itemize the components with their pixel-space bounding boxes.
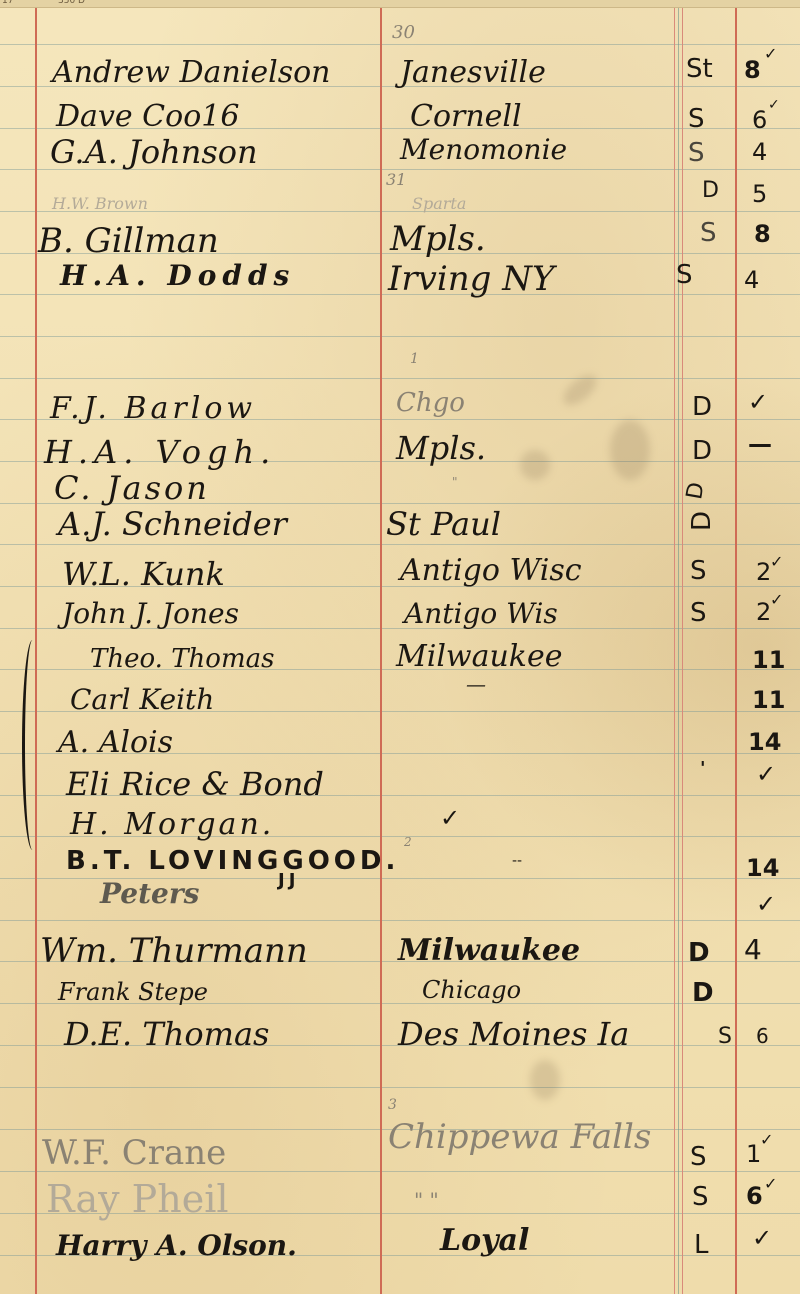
check-mark: ✓: [752, 1226, 772, 1250]
guest-name: Frank Stepe: [58, 980, 208, 1004]
guest-name: John J. Jones: [62, 600, 239, 628]
page-top-edge: 17 350 D: [0, 0, 800, 8]
check-mark: ✓: [748, 390, 768, 414]
code-column-left-line: [674, 8, 675, 1294]
guest-name: Harry A. Olson.: [56, 1232, 297, 1260]
guest-name: H. Morgan.: [70, 810, 274, 840]
room-code: S: [692, 1184, 709, 1210]
room-code: St: [686, 56, 713, 82]
guest-name: W.F. Crane: [42, 1136, 226, 1170]
guest-residence: St Paul: [386, 508, 501, 540]
code-column-green-line: [678, 8, 679, 1294]
guest-residence: ": [452, 476, 458, 488]
guest-name: Dave Coo16: [56, 102, 239, 132]
ruled-line: [0, 544, 800, 545]
count-value: 11: [752, 648, 785, 672]
count-value: 14: [748, 730, 781, 754]
guest-name: Andrew Danielson: [52, 58, 330, 88]
guest-name: B.T. LOVINGGOOD.: [66, 848, 399, 874]
ledger-page: 17 350 D 30 31 1 3 2 Andrew Danielson J: [0, 0, 800, 1294]
count-value: 8: [754, 222, 771, 246]
count-value: 2: [756, 600, 771, 624]
guest-residence: Antigo Wis: [404, 600, 558, 628]
guest-name: H.A. Vogh.: [44, 436, 276, 468]
ruled-line: [0, 336, 800, 337]
guest-residence: Menomonie: [400, 136, 567, 164]
count-value: 11: [752, 688, 785, 712]
room-code: D: [702, 180, 719, 202]
room-code: S: [676, 262, 693, 288]
check-mark: ✓: [760, 1132, 773, 1148]
date-note: 1: [410, 352, 419, 366]
group-brace: [22, 640, 43, 850]
room-code: S: [690, 558, 707, 584]
guest-name: A. Alois: [58, 728, 173, 758]
count-value: 5: [752, 182, 767, 206]
check-mark: ✓: [440, 806, 460, 830]
count-value: 14: [746, 856, 779, 880]
guest-residence: Sparta: [412, 196, 466, 212]
guest-name: G.A. Johnson: [50, 136, 258, 168]
guest-residence: Loyal: [440, 1226, 529, 1256]
check-mark: —: [748, 432, 772, 456]
ink-smudge: [558, 369, 601, 410]
date-note: 2: [404, 836, 412, 848]
count-column-divider: [735, 8, 737, 1294]
corner-code: 350 D: [58, 0, 85, 6]
guest-name: C. Jason: [54, 472, 210, 504]
room-code: D: [692, 980, 714, 1006]
guest-name: Peters: [100, 880, 199, 908]
check-mark: ✓: [756, 762, 776, 786]
guest-residence: Mpls.: [396, 432, 486, 464]
date-note: 3: [388, 1098, 397, 1112]
annotation: JJ: [278, 872, 299, 890]
check-mark: ✓: [770, 554, 783, 570]
room-code: D: [689, 511, 715, 531]
count-value: 6: [752, 108, 767, 132]
count-value: 2: [756, 560, 771, 584]
guest-name: A.J. Schneider: [58, 508, 287, 540]
guest-name: Ray Pheil: [46, 1180, 229, 1218]
guest-residence: Chippewa Falls: [388, 1120, 651, 1154]
corner-number: 17: [2, 0, 13, 6]
guest-residence: Mpls.: [390, 222, 486, 256]
guest-name: Wm. Thurmann: [40, 934, 308, 968]
ink-smudge: [530, 1060, 560, 1100]
tick-mark: ': [700, 760, 706, 778]
date-note: 30: [392, 24, 415, 42]
guest-residence: Janesville: [400, 58, 546, 88]
room-code: S: [690, 600, 707, 626]
room-code: D: [684, 481, 709, 502]
room-code: S: [700, 220, 717, 246]
check-mark: ✓: [764, 1176, 777, 1192]
guest-name: D.E. Thomas: [64, 1018, 269, 1050]
room-code: D: [692, 438, 712, 464]
guest-residence: Chgo: [396, 390, 465, 416]
ruled-line: [0, 1087, 800, 1088]
guest-name: W.L. Kunk: [62, 558, 225, 590]
guest-name: H.A. Dodds: [60, 262, 295, 290]
name-column-divider: [380, 8, 382, 1294]
guest-name: H.W. Brown: [52, 196, 148, 212]
date-note: 31: [386, 172, 406, 188]
count-value: 4: [744, 936, 762, 964]
count-value: 6: [746, 1184, 763, 1208]
count-value: 4: [744, 268, 759, 292]
check-mark: ✓: [770, 592, 783, 608]
guest-name: Theo. Thomas: [90, 646, 274, 672]
guest-name: F.J. Barlow: [50, 394, 256, 424]
ruled-line: [0, 920, 800, 921]
ruled-line: [0, 378, 800, 379]
guest-name: B. Gillman: [38, 224, 219, 258]
ditto-dash: --: [512, 854, 522, 868]
count-value: 8: [744, 58, 761, 82]
guest-residence: Milwaukee: [396, 642, 562, 672]
guest-residence: Antigo Wisc: [400, 556, 582, 586]
count-value: 6: [756, 1026, 769, 1046]
guest-residence: —: [466, 674, 486, 694]
room-code: S: [688, 140, 705, 166]
guest-residence: Milwaukee: [398, 936, 580, 966]
count-value: 4: [752, 140, 767, 164]
room-code: S: [718, 1026, 732, 1048]
guest-residence: Cornell: [410, 102, 522, 132]
room-code: D: [692, 394, 712, 420]
guest-name: Eli Rice & Bond: [66, 768, 324, 800]
guest-residence: Irving NY: [388, 262, 554, 296]
guest-residence: Des Moines Ia: [398, 1018, 629, 1050]
ink-smudge: [520, 450, 550, 480]
guest-residence: Chicago: [422, 978, 521, 1002]
room-code: D: [688, 940, 710, 966]
check-mark: ✓: [756, 892, 776, 916]
room-code: S: [690, 1144, 707, 1170]
room-code: S: [688, 106, 705, 132]
check-mark: ✓: [768, 98, 780, 112]
guest-residence: " ": [414, 1190, 439, 1210]
guest-name: Carl Keith: [70, 686, 214, 714]
room-code: L: [694, 1232, 709, 1258]
code-column-inner-line: [682, 8, 683, 1294]
ruled-line: [0, 44, 800, 45]
check-mark: ✓: [764, 46, 777, 62]
count-value: 1: [746, 1142, 761, 1166]
ink-smudge: [610, 420, 650, 480]
